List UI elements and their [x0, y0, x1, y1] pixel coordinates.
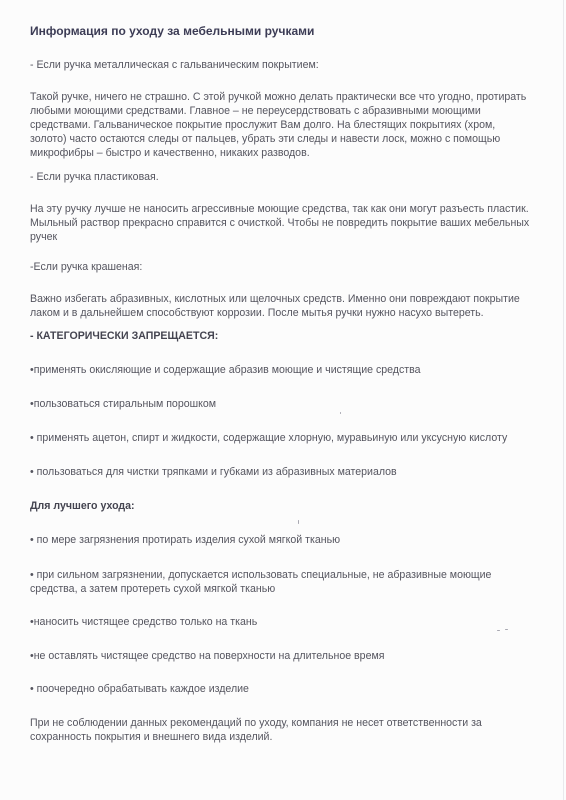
scan-speck — [505, 629, 508, 630]
prohibited-item: • пользоваться для чистки тряпками и губ… — [30, 465, 530, 479]
section-painted-body: Важно избегать абразивных, кислотных или… — [30, 292, 530, 320]
section-plastic-body: На эту ручку лучше не наносить агрессивн… — [30, 202, 530, 244]
document-title: Информация по уходу за мебельными ручкам… — [30, 24, 314, 38]
section-metal-heading: - Если ручка металлическая с гальваничес… — [30, 58, 530, 72]
prohibited-heading: - КАТЕГОРИЧЕСКИ ЗАПРЕЩАЕТСЯ: — [30, 329, 530, 343]
best-care-heading: Для лучшего ухода: — [30, 499, 530, 513]
page-edge — [563, 0, 564, 800]
best-care-item: • при сильном загрязнении, допускается и… — [30, 568, 530, 596]
disclaimer: При не соблюдении данных рекомендаций по… — [30, 716, 530, 744]
section-plastic-heading: - Если ручка пластиковая. — [30, 170, 530, 184]
best-care-item: • поочередно обрабатывать каждое изделие — [30, 682, 530, 696]
scanned-page: Информация по уходу за мебельными ручкам… — [0, 0, 566, 800]
scan-speck — [298, 520, 299, 524]
best-care-item: • по мере загрязнения протирать изделия … — [30, 533, 530, 547]
best-care-item: •наносить чистящее средство только на тк… — [30, 615, 530, 629]
best-care-item: •не оставлять чистящее средство на повер… — [30, 649, 530, 663]
prohibited-item: •применять окисляющие и содержащие абраз… — [30, 363, 530, 377]
scan-speck — [340, 412, 341, 414]
scan-speck — [497, 630, 500, 631]
section-metal-body: Такой ручке, ничего не страшно. С этой р… — [30, 90, 530, 160]
prohibited-item: •пользоваться стиральным порошком — [30, 397, 530, 411]
section-painted-heading: -Если ручка крашеная: — [30, 260, 530, 274]
prohibited-item: • применять ацетон, спирт и жидкости, со… — [30, 431, 530, 445]
